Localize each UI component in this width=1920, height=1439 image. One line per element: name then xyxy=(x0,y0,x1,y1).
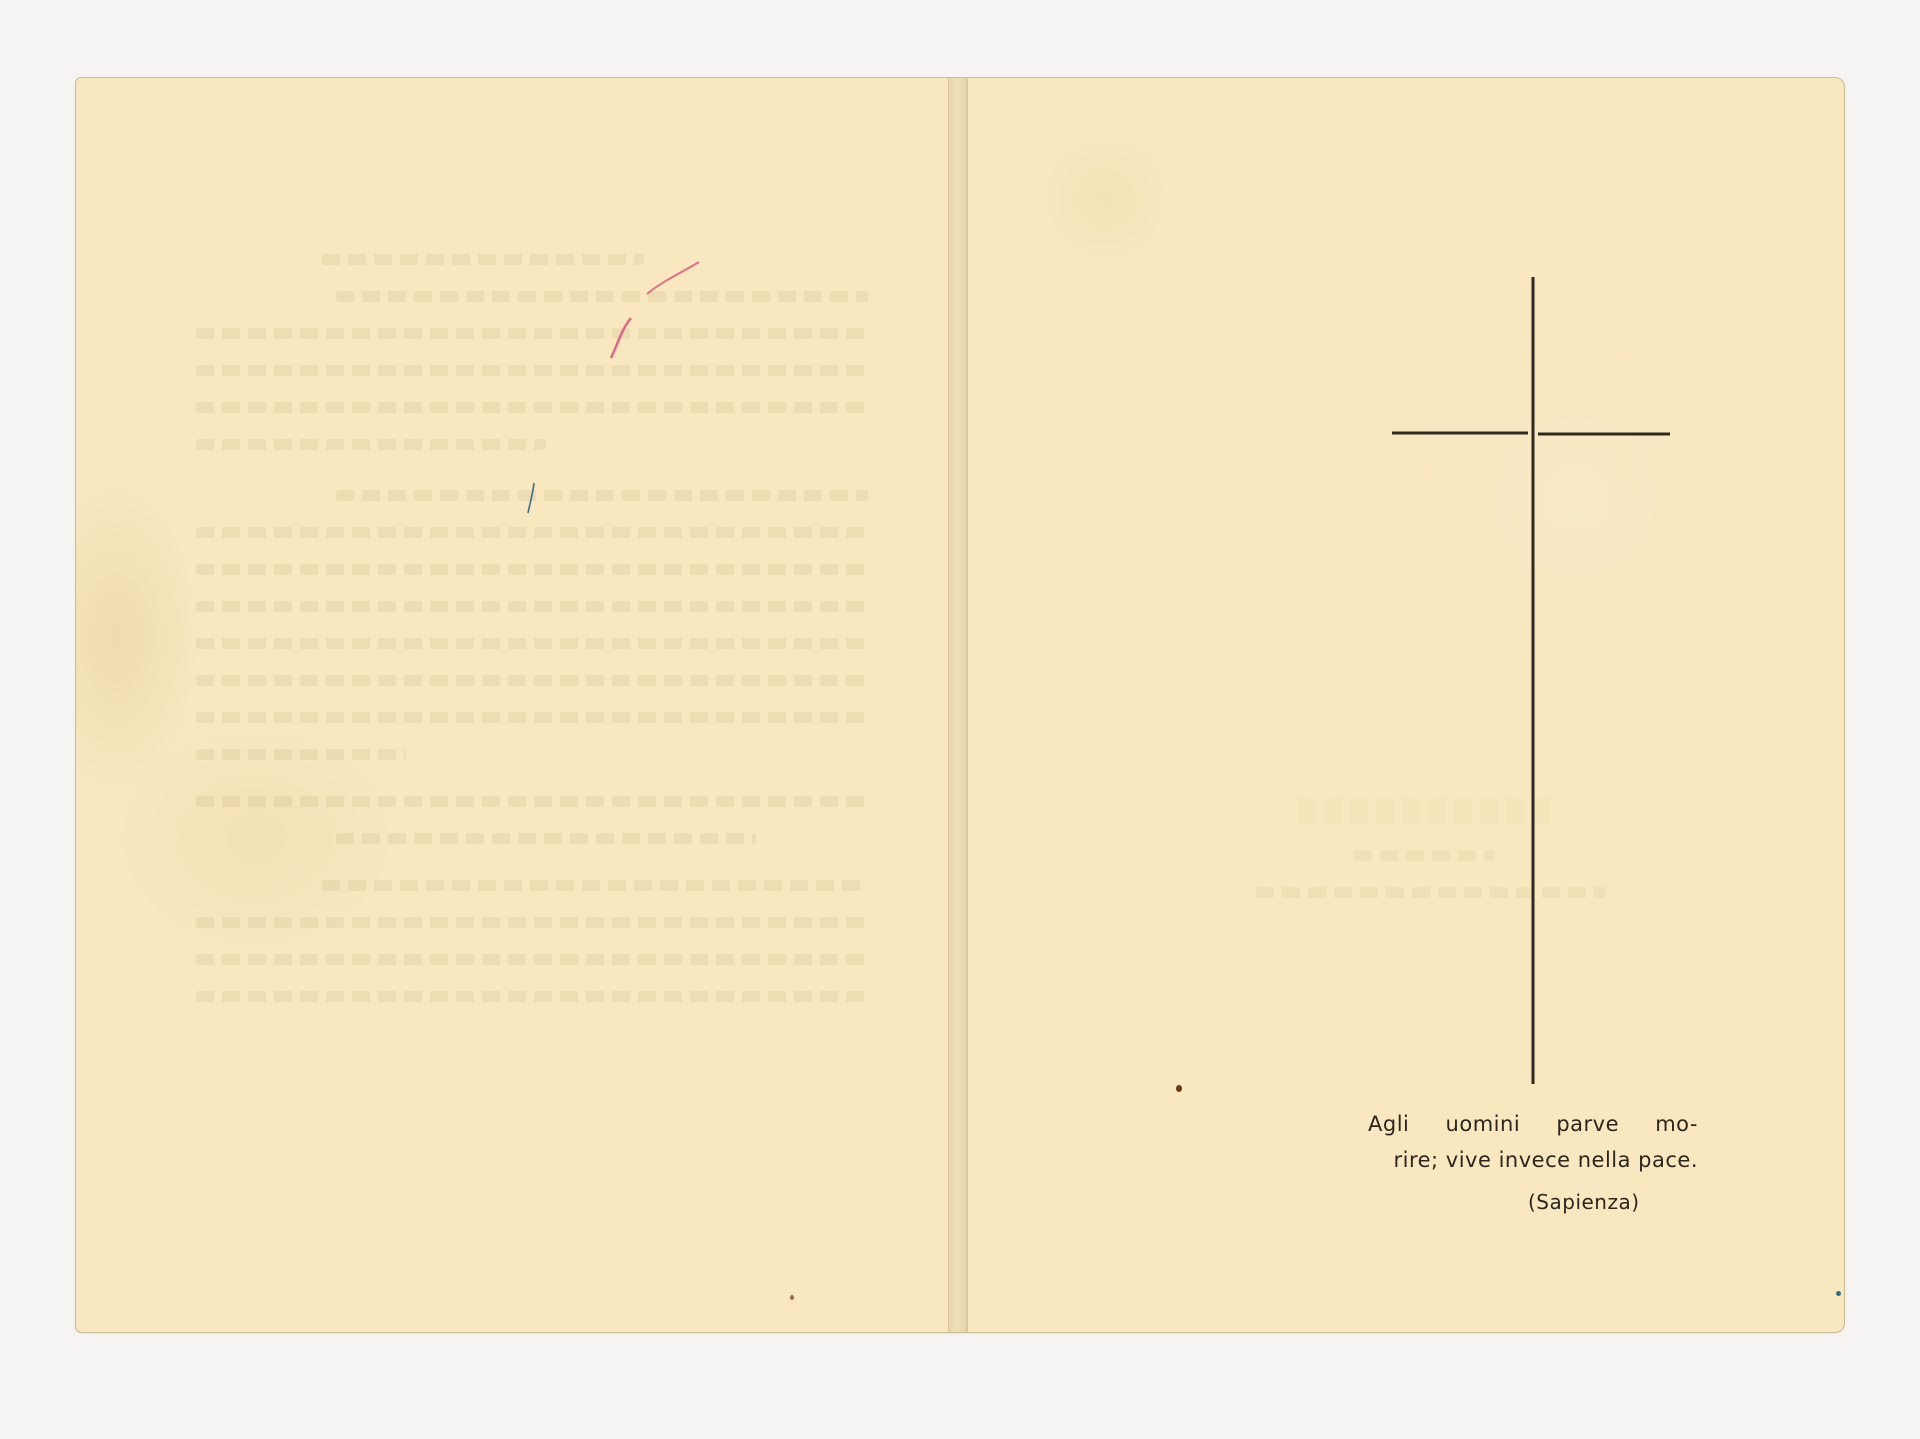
bleed-through-text xyxy=(196,228,896,1017)
quote-line-2: rire; vive invece nella pace. xyxy=(1368,1142,1698,1178)
brown-spot xyxy=(790,1295,794,1300)
memorial-card: Agli uomini parve mo- rire; vive invece … xyxy=(76,78,1844,1332)
blue-ink-mark xyxy=(523,481,543,521)
brown-spot xyxy=(1176,1085,1182,1092)
quote-source: (Sapienza) xyxy=(1528,1190,1640,1214)
bleed-through-text xyxy=(1088,378,1788,913)
quote-line-1: Agli uomini parve mo- xyxy=(1368,1106,1698,1142)
blue-spot xyxy=(1836,1291,1841,1296)
left-page xyxy=(76,78,946,1332)
epitaph-quote: Agli uomini parve mo- rire; vive invece … xyxy=(1368,1106,1698,1178)
pink-pencil-mark xyxy=(561,258,701,388)
right-page: Agli uomini parve mo- rire; vive invece … xyxy=(968,78,1844,1332)
scan-background: Agli uomini parve mo- rire; vive invece … xyxy=(0,0,1920,1439)
card-fold xyxy=(948,78,968,1332)
